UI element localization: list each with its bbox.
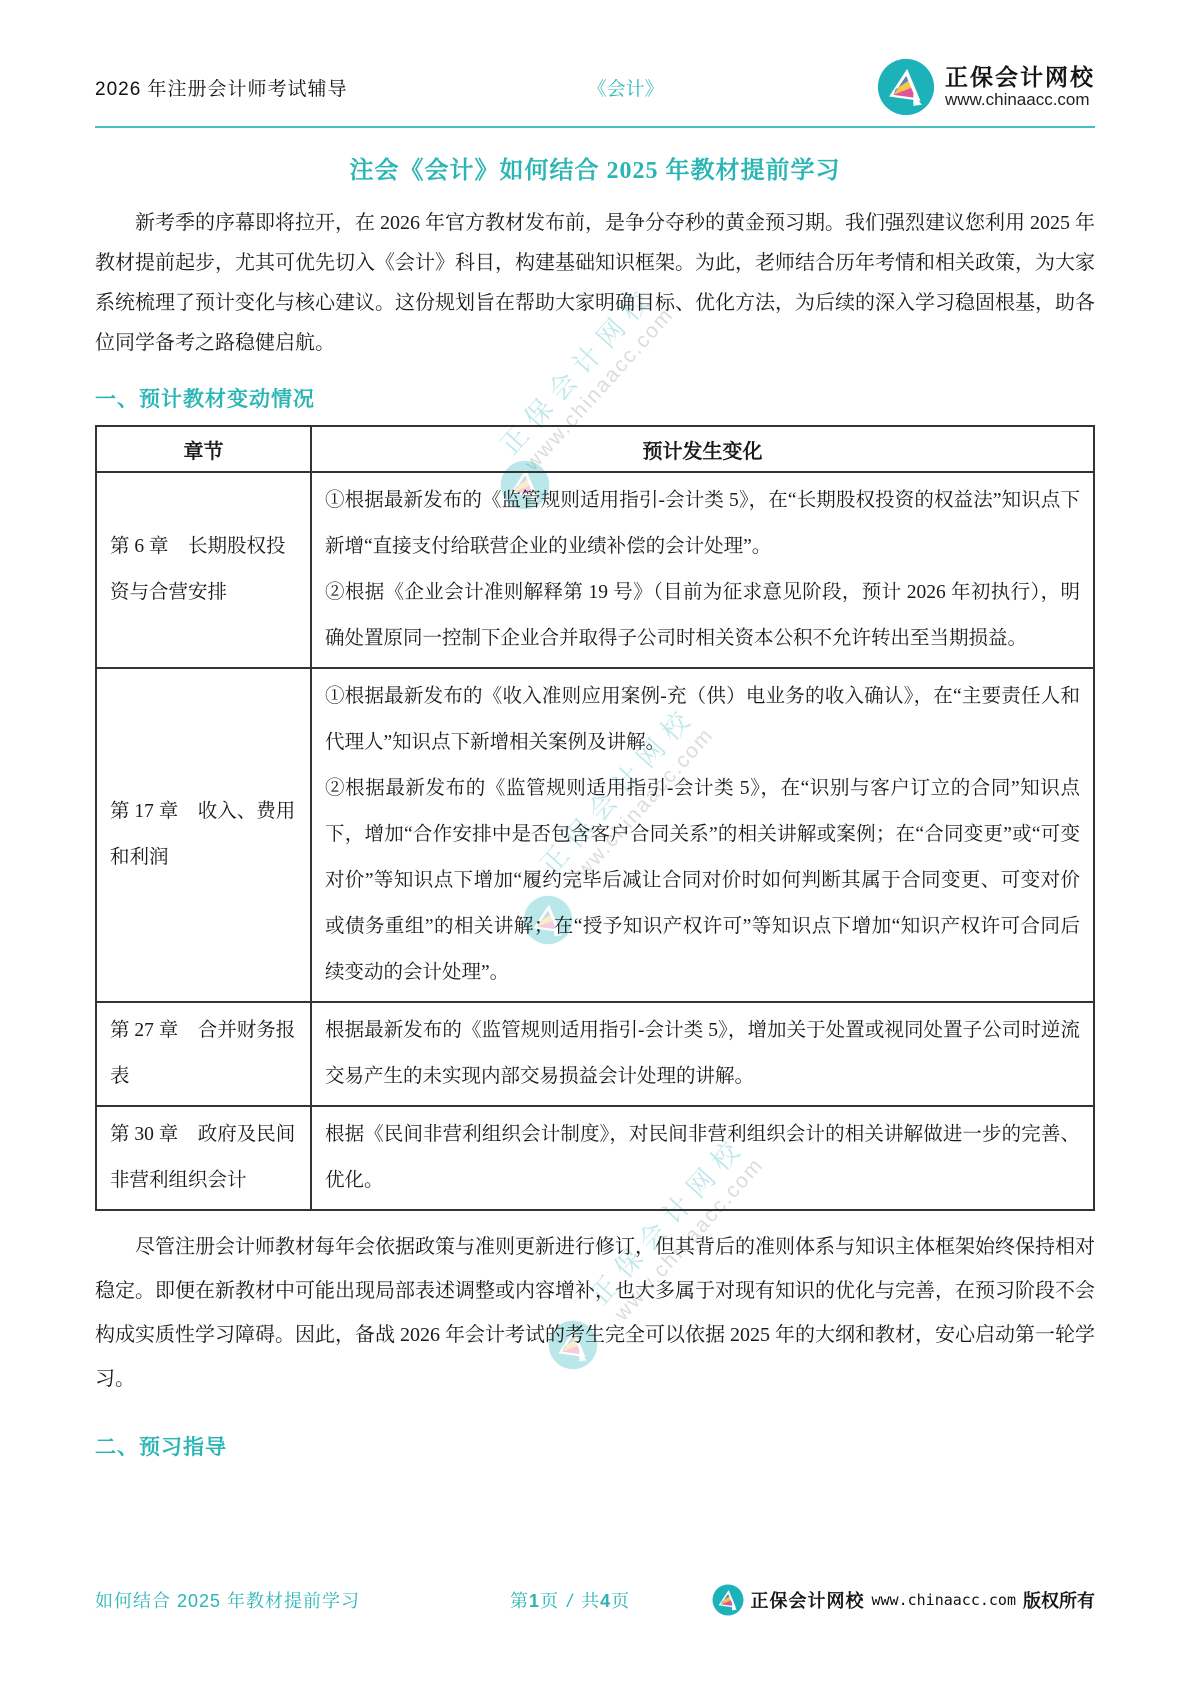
change-item: ②根据《企业会计准则解释第 19 号》（目前为征求意见阶段，预计 2026 年初… bbox=[325, 570, 1080, 662]
brand-site: www.chinaacc.com bbox=[872, 1591, 1017, 1609]
changes-cell: ①根据最新发布的《收入准则应用案例-充（供）电业务的收入确认》，在“主要责任人和… bbox=[311, 668, 1094, 1002]
page-footer: 如何结合 2025 年教材提前学习 第1页/共4页 正保会计网校 www.chi… bbox=[95, 1584, 1095, 1616]
page-indicator: 第1页/共4页 bbox=[510, 1587, 630, 1613]
brand-logo-icon bbox=[877, 58, 935, 116]
brand-block: 正保会计网校 www.chinaacc.com bbox=[877, 58, 1095, 116]
changes-cell: 根据最新发布的《监管规则适用指引-会计类 5》，增加关于处置或视同处置子公司时逆… bbox=[311, 1002, 1094, 1106]
page-header: 2026 年注册会计师考试辅导 《会计》 正保会计网校 www.chinaacc… bbox=[95, 0, 1095, 122]
table-row: 第 6 章 长期股权投资与合营安排 ①根据最新发布的《监管规则适用指引-会计类 … bbox=[96, 472, 1094, 668]
table-row: 第 27 章 合并财务报表 根据最新发布的《监管规则适用指引-会计类 5》，增加… bbox=[96, 1002, 1094, 1106]
section-heading-1: 一、预计教材变动情况 bbox=[95, 383, 1095, 413]
page-total: 4 bbox=[600, 1591, 611, 1611]
change-item: ①根据最新发布的《收入准则应用案例-充（供）电业务的收入确认》，在“主要责任人和… bbox=[325, 674, 1080, 766]
page-current: 1 bbox=[529, 1591, 540, 1611]
chapter-cell: 第 17 章 收入、费用和利润 bbox=[96, 668, 311, 1002]
brand-site: www.chinaacc.com bbox=[945, 90, 1095, 110]
change-item: ②根据最新发布的《监管规则适用指引-会计类 5》，在“识别与客户订立的合同”知识… bbox=[325, 766, 1080, 996]
change-item: ①根据最新发布的《监管规则适用指引-会计类 5》，在“长期股权投资的权益法”知识… bbox=[325, 478, 1080, 570]
change-item: 根据《民间非营利组织会计制度》，对民间非营利组织会计的相关讲解做进一步的完善、优… bbox=[325, 1112, 1080, 1204]
brand-name: 正保会计网校 bbox=[751, 1587, 865, 1613]
document-title: 注会《会计》如何结合 2025 年教材提前学习 bbox=[95, 150, 1095, 185]
chapter-cell: 第 30 章 政府及民间非营利组织会计 bbox=[96, 1106, 311, 1210]
page-total-label: 共 bbox=[581, 1591, 600, 1611]
course-title: 2026 年注册会计师考试辅导 bbox=[95, 74, 348, 101]
chapter-cell: 第 27 章 合并财务报表 bbox=[96, 1002, 311, 1106]
page-separator: / bbox=[567, 1591, 573, 1611]
footer-brand-block: 正保会计网校 www.chinaacc.com 版权所有 bbox=[712, 1584, 1096, 1616]
column-header-chapter: 章节 bbox=[96, 426, 311, 472]
document-page: 正保会计网校 www.chinaacc.com 正保会计网校 www.china… bbox=[0, 0, 1190, 1683]
table-row: 第 17 章 收入、费用和利润 ①根据最新发布的《收入准则应用案例-充（供）电业… bbox=[96, 668, 1094, 1002]
brand-logo-icon bbox=[712, 1584, 744, 1616]
table-header-row: 章节 预计发生变化 bbox=[96, 426, 1094, 472]
chapter-cell: 第 6 章 长期股权投资与合营安排 bbox=[96, 472, 311, 668]
changes-cell: 根据《民间非营利组织会计制度》，对民间非营利组织会计的相关讲解做进一步的完善、优… bbox=[311, 1106, 1094, 1210]
section-heading-2: 二、预习指导 bbox=[95, 1431, 1095, 1461]
change-item: 根据最新发布的《监管规则适用指引-会计类 5》，增加关于处置或视同处置子公司时逆… bbox=[325, 1008, 1080, 1100]
page-prefix: 第 bbox=[510, 1591, 529, 1611]
page-unit: 页 bbox=[611, 1591, 630, 1611]
closing-paragraph: 尽管注册会计师教材每年会依据政策与准则更新进行修订，但其背后的准则体系与知识主体… bbox=[95, 1225, 1095, 1401]
column-header-changes: 预计发生变化 bbox=[311, 426, 1094, 472]
changes-cell: ①根据最新发布的《监管规则适用指引-会计类 5》，在“长期股权投资的权益法”知识… bbox=[311, 472, 1094, 668]
header-divider bbox=[95, 126, 1095, 128]
subject-label: 《会计》 bbox=[588, 74, 664, 101]
intro-paragraph: 新考季的序幕即将拉开，在 2026 年官方教材发布前，是争分夺秒的黄金预习期。我… bbox=[95, 203, 1095, 363]
table-row: 第 30 章 政府及民间非营利组织会计 根据《民间非营利组织会计制度》，对民间非… bbox=[96, 1106, 1094, 1210]
copyright-label: 版权所有 bbox=[1023, 1587, 1095, 1613]
changes-table: 章节 预计发生变化 第 6 章 长期股权投资与合营安排 ①根据最新发布的《监管规… bbox=[95, 425, 1095, 1211]
page-unit: 页 bbox=[540, 1591, 559, 1611]
brand-name: 正保会计网校 bbox=[945, 64, 1095, 90]
footer-doc-label: 如何结合 2025 年教材提前学习 bbox=[95, 1587, 360, 1613]
